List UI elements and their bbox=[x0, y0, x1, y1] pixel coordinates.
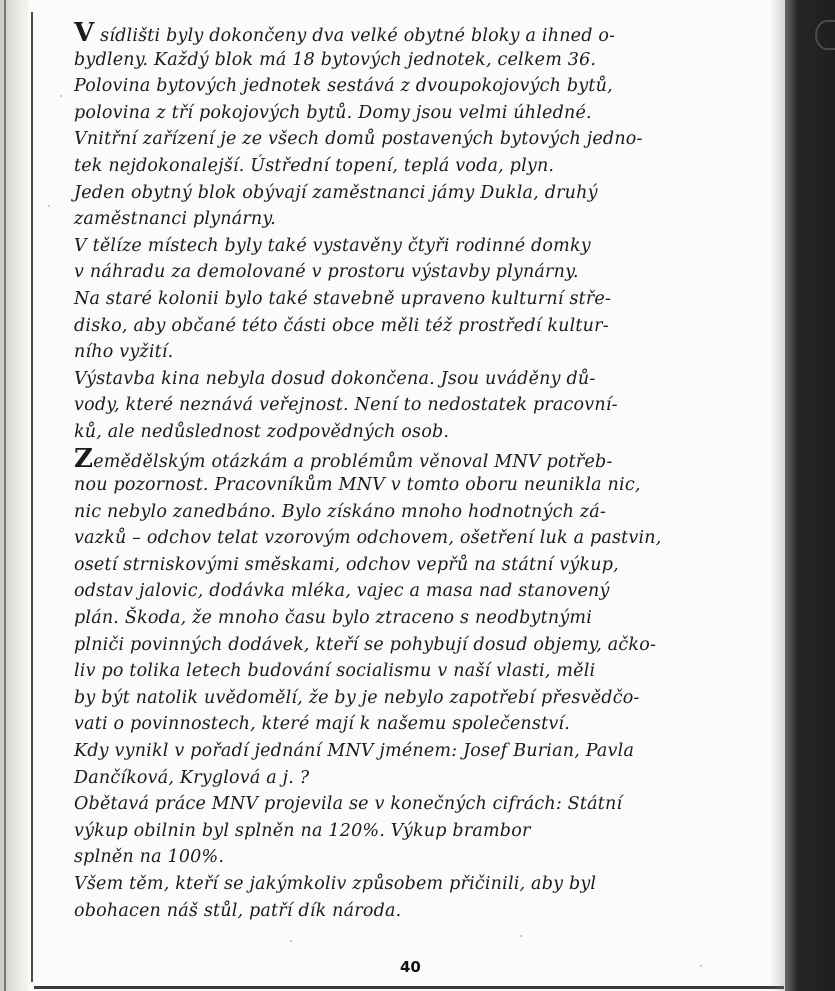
scan-speck bbox=[520, 935, 522, 937]
text-line: Výstavba kina nebyla dosud dokončena. Js… bbox=[74, 366, 774, 393]
text-line: tek nejdokonalejší. Ústřední topení, tep… bbox=[74, 153, 774, 180]
text-line: Jeden obytný blok obývají zaměstnanci já… bbox=[74, 180, 774, 207]
text-line: ního vyžití. bbox=[74, 339, 774, 366]
text-line: Zemědělským otázkám a problémům věnoval … bbox=[74, 446, 774, 473]
text-line: výkup obilnin byl splněn na 120%. Výkup … bbox=[74, 818, 774, 845]
scanned-page: V sídlišti byly dokončeny dva velké obyt… bbox=[0, 0, 835, 991]
text-line: nou pozornost. Pracovníkům MNV v tomto o… bbox=[74, 472, 774, 499]
text-line: Dančíková, Kryglová a j. ? bbox=[74, 765, 774, 792]
scan-speck bbox=[60, 95, 62, 97]
text-line: polovina z tří pokojových bytů. Domy jso… bbox=[74, 100, 774, 127]
text-line: by být natolik uvědomělí, že by je nebyl… bbox=[74, 685, 774, 712]
text-line: bydleny. Každý blok má 18 bytových jedno… bbox=[74, 47, 774, 74]
text-line: Polovina bytových jednotek sestává z dvo… bbox=[74, 73, 774, 100]
text-line: vati o povinnostech, které mají k našemu… bbox=[74, 711, 774, 738]
text-line: plniči povinných dodávek, kteří se pohyb… bbox=[74, 632, 774, 659]
text-line: V tělíze místech byly také vystavěny čty… bbox=[74, 233, 774, 260]
text-line: liv po tolika letech budování socialismu… bbox=[74, 658, 774, 685]
text-line: v náhradu za demolované v prostoru výsta… bbox=[74, 259, 774, 286]
text-line: Kdy vynikl v pořadí jednání MNV jménem: … bbox=[74, 738, 774, 765]
text-line: V sídlišti byly dokončeny dva velké obyt… bbox=[74, 20, 774, 47]
text-line: Na staré kolonii bylo také stavebně upra… bbox=[74, 286, 774, 313]
page-number: 40 bbox=[400, 958, 421, 976]
outer-margin-rule bbox=[4, 0, 6, 991]
text-line: splněn na 100%. bbox=[74, 844, 774, 871]
text-line: Obětavá práce MNV projevila se v konečný… bbox=[74, 791, 774, 818]
text-line: odstav jalovic, dodávka mléka, vajec a m… bbox=[74, 578, 774, 605]
text-line: vazků – odchov telat vzorovým odchovem, … bbox=[74, 525, 774, 552]
text-line: zaměstnanci plynárny. bbox=[74, 206, 774, 233]
scan-speck bbox=[290, 940, 292, 942]
adjacent-page-letter-icon bbox=[815, 20, 835, 50]
text-line: ků, ale nedůslednost zodpovědných osob. bbox=[74, 419, 774, 446]
handwritten-text: V sídlišti byly dokončeny dva velké obyt… bbox=[74, 20, 774, 924]
text-line: nic nebylo zanedbáno. Bylo získáno mnoho… bbox=[74, 499, 774, 526]
text-line: Vnitřní zařízení je ze všech domů postav… bbox=[74, 126, 774, 153]
text-line: plán. Škoda, že mnoho času bylo ztraceno… bbox=[74, 605, 774, 632]
gutter-shadow bbox=[785, 0, 835, 991]
text-line: disko, aby občané této části obce měli t… bbox=[74, 313, 774, 340]
text-line: Všem těm, kteří se jakýmkoliv způsobem p… bbox=[74, 871, 774, 898]
text-line: obohacen náš stůl, patří dík národa. bbox=[74, 898, 774, 925]
scan-speck bbox=[48, 205, 50, 207]
scan-speck bbox=[700, 965, 702, 967]
bottom-rule bbox=[34, 986, 784, 989]
margin-rule bbox=[31, 12, 33, 982]
text-line: vody, které neznává veřejnost. Není to n… bbox=[74, 392, 774, 419]
text-line: osetí strniskovými směskami, odchov vepř… bbox=[74, 552, 774, 579]
